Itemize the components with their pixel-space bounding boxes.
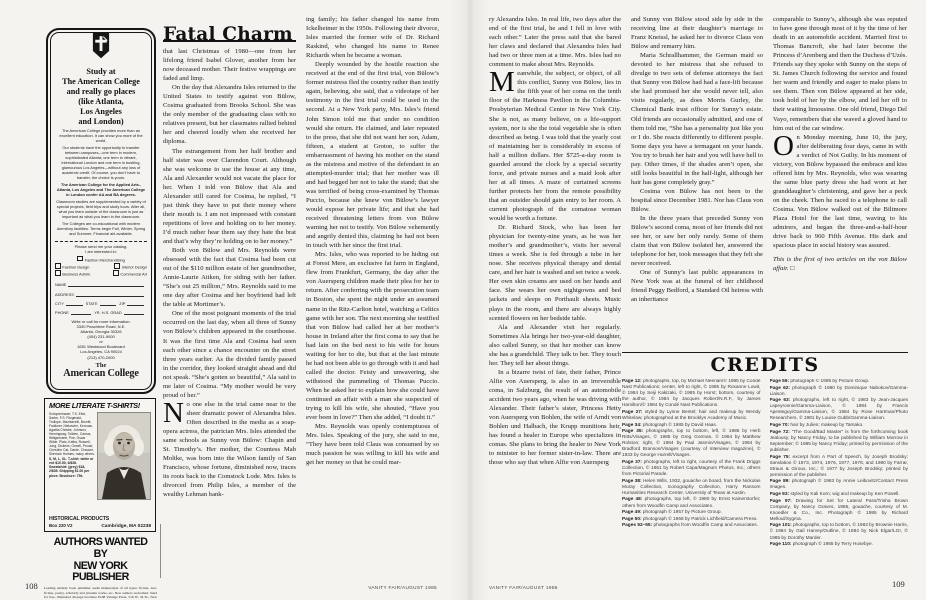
paragraph: and Sunny von Bülow stood side by side i… <box>631 15 763 51</box>
credit-entry: Pages 52–55: photographs from Woodfin Ca… <box>622 523 761 529</box>
paragraph: One of Sunny’s last public appearances i… <box>631 268 763 304</box>
credit-entry: Page 50: photograph © 1968 by Patrick Li… <box>622 517 761 523</box>
credit-entry: Page 110: photograph © 1985 by Terry Hus… <box>770 542 909 548</box>
credit-entry: Page 34: photograph © 1985 by David Haas… <box>622 423 761 429</box>
credits-column-2: Page 56: photograph © 1985 by Picture Gr… <box>770 379 909 579</box>
paragraph: Maria Schrallhammer, the German maid so … <box>631 51 763 187</box>
paragraph: This is the first of two articles on the… <box>773 255 907 273</box>
credit-entry: Page 63: photographs, left to right, © 1… <box>770 398 909 422</box>
paragraph: Dr. Richard Stock, who has been her phys… <box>489 223 621 323</box>
paragraph: On Monday morning, June 10, the jury, af… <box>773 133 907 251</box>
credits-title: CREDITS <box>622 355 908 376</box>
credit-entry: Page 37: photographs, left to right, cou… <box>622 460 761 478</box>
article-column-right-1: ry Alexandra Isles. In real life, two da… <box>489 15 621 578</box>
credit-entry: Page 101: photographs, top to bottom, © … <box>770 523 909 541</box>
credit-entry: Page 72: “The Good/Bad Master” is from t… <box>770 430 909 454</box>
right-page-footer: VANITY FAIR/AUGUST 1985 <box>489 585 558 590</box>
drop-cap-letter: O <box>773 133 796 159</box>
credit-entry: Page 38: Helen Wills, 1932, gouache on b… <box>622 479 761 497</box>
article-column-right-3: comparable to Sunny’s, although she was … <box>773 15 907 353</box>
paragraph: Ala and Alexander visit her regularly. S… <box>489 323 621 368</box>
credit-entry: Page 97: Drawing for Set for Lateral Pas… <box>770 499 909 523</box>
credits-section: CREDITS Page 12: photographs, top, by Mi… <box>622 352 908 586</box>
right-page-number: 109 <box>892 579 905 589</box>
paragraph: comparable to Sunny’s, although she was … <box>773 15 907 133</box>
credit-entry: Page 35: photographs, top to bottom, lef… <box>622 429 761 459</box>
paragraph: Cosima von Bülow has not been to the hos… <box>631 187 763 214</box>
paragraph: In a bizarre twist of fate, their father… <box>489 368 621 468</box>
credit-entry: Page 89: photograph © 1983 by Annie Leib… <box>770 479 909 491</box>
credit-entry: Page 93: styled by Kali Korn; wig and ma… <box>770 492 909 498</box>
right-page: ry Alexandra Isles. In real life, two da… <box>0 0 926 600</box>
article-column-right-2: and Sunny von Bülow stood side by side i… <box>631 15 763 353</box>
drop-cap-letter: M <box>489 69 517 95</box>
credit-entry: Page 48: photographs, top left, © 1980 b… <box>622 497 761 509</box>
paragraph: ry Alexandra Isles. In real life, two da… <box>489 15 621 69</box>
credit-entry: Page 12: photographs, top, by Michael Ne… <box>622 379 761 409</box>
paragraph: Meanwhile, the subject, or object, of al… <box>489 69 621 223</box>
credit-entry: Page 49: photograph © 1957 by Picture Gr… <box>622 510 761 516</box>
paragraph: In the three years that preceded Sunny v… <box>631 214 763 268</box>
credit-entry: Page 75: excerpt from A Part of Speech, … <box>770 455 909 479</box>
credit-entry: Page 70: hair by Julien; makeup by Tamak… <box>770 423 909 429</box>
credits-column-1: Page 12: photographs, top, by Michael Ne… <box>622 379 761 579</box>
credit-entry: Page 62: photograph © 1980 by Dominique … <box>770 386 909 398</box>
credit-entry: Page 56: photograph © 1985 by Picture Gr… <box>770 379 909 385</box>
credit-entry: Page 27: styled by Lynne Bentel; hair an… <box>622 410 761 422</box>
